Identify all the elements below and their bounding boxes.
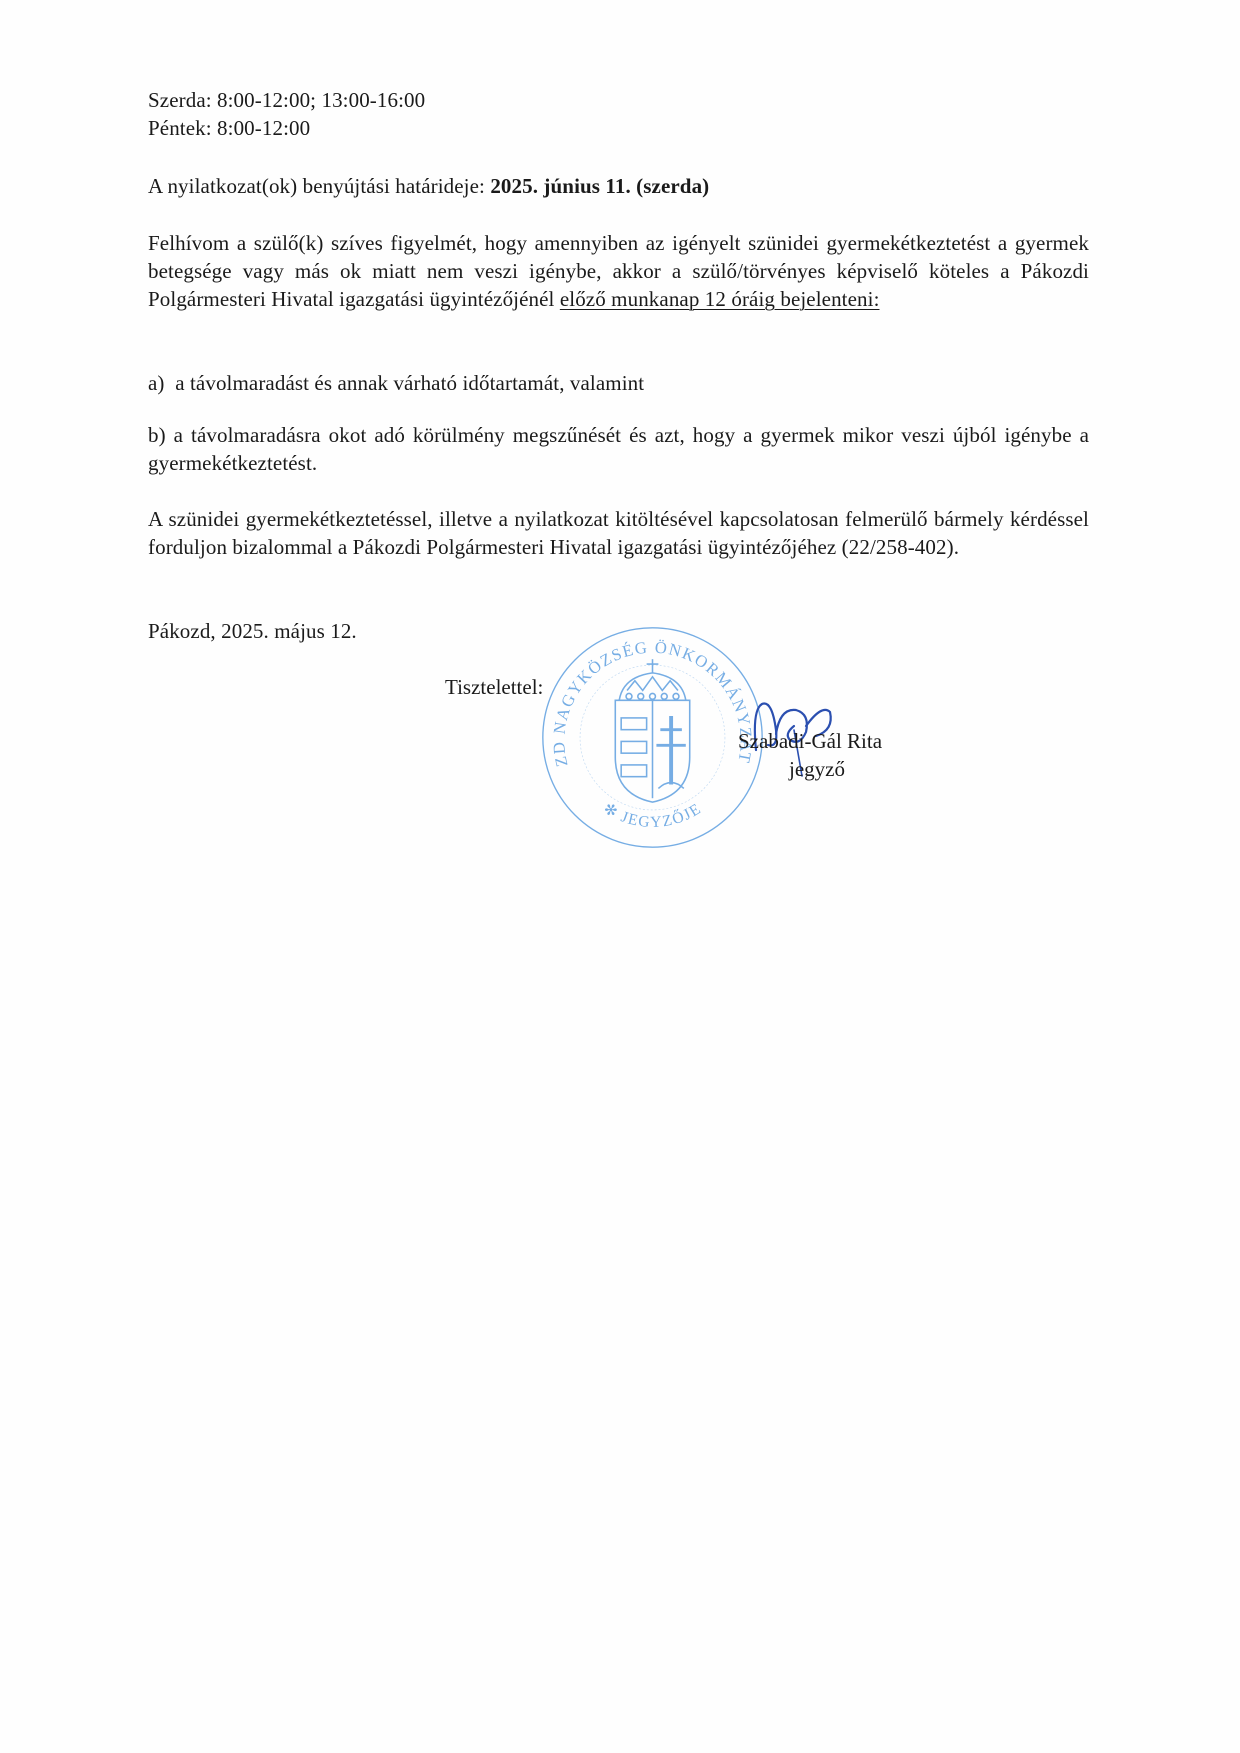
signer-name: Szabadi-Gál Rita [738, 727, 882, 755]
deadline-paragraph: A nyilatkozat(ok) benyújtási határideje:… [148, 172, 1089, 200]
notice-paragraph: Felhívom a szülő(k) szíves figyelmét, ho… [148, 229, 1089, 313]
notice-underlined: előző munkanap 12 óráig bejelenteni: [560, 287, 880, 311]
signer-title: jegyző [789, 755, 845, 783]
deadline-date: 2025. június 11. (szerda) [490, 174, 709, 198]
office-hours-wednesday: Szerda: 8:00-12:00; 13:00-16:00 [148, 86, 1089, 114]
list-item-text: a távolmaradást és annak várható időtart… [175, 371, 644, 395]
deadline-label: A nyilatkozat(ok) benyújtási határideje: [148, 174, 490, 198]
office-hours: Szerda: 8:00-12:00; 13:00-16:00 Péntek: … [148, 86, 1089, 142]
list-item-a: a) a távolmaradást és annak várható időt… [148, 369, 1089, 397]
list-item-text: a távolmaradásra okot adó körülmény megs… [148, 423, 1089, 475]
contact-paragraph: A szünidei gyermekétkeztetéssel, illetve… [148, 505, 1089, 561]
office-hours-friday: Péntek: 8:00-12:00 [148, 114, 1089, 142]
greeting: Tisztelettel: [445, 673, 543, 701]
svg-text:PÁKOZD NAGYKÖZSÉG ÖNKORMÁNYZAT: PÁKOZD NAGYKÖZSÉG ÖNKORMÁNYZATÁNAK [535, 620, 756, 768]
svg-text:✻ JEGYZŐJE: ✻ JEGYZŐJE [600, 800, 704, 831]
list-item-b: b) a távolmaradásra okot adó körülmény m… [148, 421, 1089, 477]
list-marker: b) [148, 423, 166, 447]
list-marker: a) [148, 371, 165, 395]
document-page: Szerda: 8:00-12:00; 13:00-16:00 Péntek: … [0, 0, 1240, 1753]
official-stamp-icon: PÁKOZD NAGYKÖZSÉG ÖNKORMÁNYZATÁNAK ✻ JEG… [535, 620, 770, 855]
